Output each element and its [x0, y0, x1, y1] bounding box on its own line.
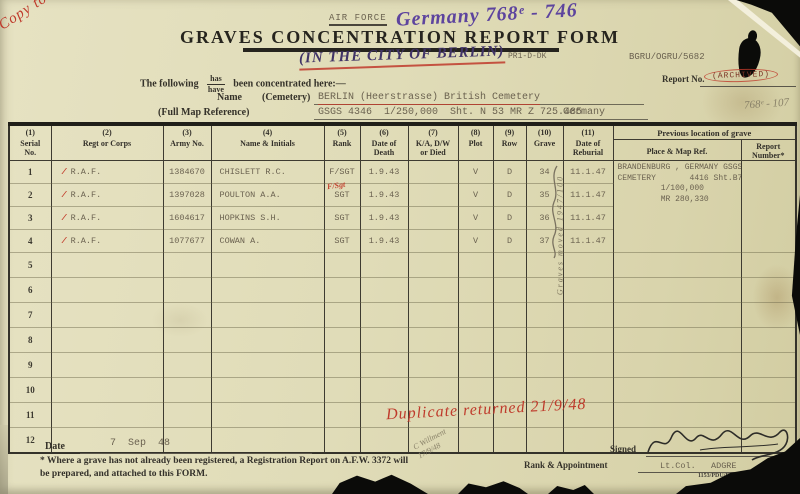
cell-rank: SGT	[324, 207, 360, 230]
regt-text: R.A.F.	[71, 190, 102, 200]
torn-edge-bottom	[332, 474, 428, 494]
cell-name	[211, 278, 324, 303]
cell-name	[211, 253, 324, 278]
col-header-previous-location: Previous location of grave	[613, 124, 796, 140]
cell-row	[493, 253, 526, 278]
cell-place-map-ref	[613, 353, 741, 378]
cell-plot	[458, 328, 493, 353]
date-label: Date	[45, 441, 65, 452]
cell-reburial	[563, 303, 613, 328]
col-header-date-of-reburial: (11)Date of Reburial	[563, 124, 613, 161]
place-map-ref-line: MR 280,330	[618, 195, 741, 205]
cell-army	[163, 403, 211, 428]
map-reference-country: Germany	[563, 107, 605, 118]
regt-text: R.A.F.	[71, 167, 102, 177]
cell-regt: /R.A.F.	[51, 161, 163, 184]
cell-army: 1384670	[163, 161, 211, 184]
cell-regt	[51, 403, 163, 428]
cell-rank	[324, 328, 360, 353]
cell-rank	[324, 428, 360, 454]
cell-kadw	[408, 253, 458, 278]
cell-plot	[458, 303, 493, 328]
cell-place-map-ref	[613, 303, 741, 328]
cell-reburial: 11.1.47	[563, 161, 613, 184]
cell-kadw	[408, 303, 458, 328]
form-title: GRAVES CONCENTRATION REPORT FORM	[0, 27, 800, 48]
cell-army	[163, 328, 211, 353]
cell-name	[211, 328, 324, 353]
cell-rank	[324, 253, 360, 278]
table-row: 10	[9, 378, 796, 403]
cell-army: 1397028	[163, 184, 211, 207]
cell-plot: V	[458, 184, 493, 207]
cell-reburial	[563, 328, 613, 353]
col-header-name: (4)Name & Initials	[211, 124, 324, 161]
paper-edge-shadow	[0, 425, 8, 494]
cell-dod: 1.9.43	[360, 184, 408, 207]
cell-kadw	[408, 207, 458, 230]
map-reference-label: (Full Map Reference)	[158, 107, 249, 118]
cell-serial: 5	[9, 253, 51, 278]
cell-regt	[51, 328, 163, 353]
footnote-line-2: be prepared, and attached to this FORM.	[40, 469, 207, 479]
cell-army	[163, 278, 211, 303]
cell-plot	[458, 428, 493, 454]
cell-row	[493, 278, 526, 303]
cell-reburial: 11.1.47	[563, 230, 613, 253]
map-reference-value: GSGS 4346 1/250,000 Sht. N 53 MR Z 725.4…	[318, 107, 582, 118]
cell-name: COWAN A.	[211, 230, 324, 253]
cell-row: D	[493, 207, 526, 230]
cell-row: D	[493, 184, 526, 207]
cell-reburial: 11.1.47	[563, 184, 613, 207]
red-tick-mark: /	[62, 213, 67, 223]
name-label: Name	[217, 92, 242, 103]
cell-name	[211, 353, 324, 378]
cell-regt: /R.A.F.	[51, 230, 163, 253]
cell-place-map-ref	[613, 378, 741, 403]
table-row: 7	[9, 303, 796, 328]
cell-plot: V	[458, 207, 493, 230]
col-header-date-of-death: (6)Date of Death	[360, 124, 408, 161]
col-header-serial: (1)Serial No.	[9, 124, 51, 161]
cell-kadw	[408, 378, 458, 403]
cell-regt	[51, 278, 163, 303]
red-tick-mark: /	[62, 190, 67, 200]
cell-grave	[526, 428, 563, 454]
red-tick-mark: /	[62, 167, 67, 177]
cell-kadw	[408, 161, 458, 184]
cell-army: 1077677	[163, 230, 211, 253]
cell-serial: 9	[9, 353, 51, 378]
cell-report-number	[741, 378, 796, 403]
cell-place-map-ref	[613, 278, 741, 303]
cell-plot: V	[458, 161, 493, 184]
cemetery-value: BERLIN (Heerstrasse) British Cemetery	[318, 92, 540, 105]
cell-row	[493, 328, 526, 353]
cell-reburial	[563, 253, 613, 278]
cell-regt	[51, 303, 163, 328]
cell-row	[493, 353, 526, 378]
cell-place-map-ref	[613, 253, 741, 278]
col-header-row: (9)Row	[493, 124, 526, 161]
date-rule-line	[80, 453, 312, 454]
date-value: 7 Sep 48	[110, 438, 170, 449]
col-header-report-number: Report Number*	[741, 140, 796, 161]
cell-report-number	[741, 278, 796, 303]
cell-regt	[51, 353, 163, 378]
rank-appointment-label: Rank & Appointment	[524, 460, 608, 470]
cell-name	[211, 378, 324, 403]
cell-serial: 6	[9, 278, 51, 303]
cell-regt: /R.A.F.	[51, 207, 163, 230]
reference-code: BGRU/OGRU/5682	[629, 52, 705, 62]
has-word: has	[207, 74, 225, 85]
regt-text: R.A.F.	[71, 236, 102, 246]
cell-rank	[324, 403, 360, 428]
cell-name	[211, 403, 324, 428]
cell-army	[163, 303, 211, 328]
report-no-line	[700, 86, 796, 87]
cell-report-number	[741, 353, 796, 378]
archived-stamp: (ARCHIVED)	[704, 68, 778, 84]
cell-reburial: 11.1.47	[563, 207, 613, 230]
cell-row: D	[493, 161, 526, 184]
cell-dod: 1.9.43	[360, 230, 408, 253]
cell-dod	[360, 378, 408, 403]
cell-army	[163, 253, 211, 278]
cell-dod	[360, 303, 408, 328]
cell-plot	[458, 353, 493, 378]
table-row: 5	[9, 253, 796, 278]
cell-dod	[360, 353, 408, 378]
table-row: 8	[9, 328, 796, 353]
cell-reburial	[563, 428, 613, 454]
cell-grave	[526, 303, 563, 328]
report-no-label: Report No.	[662, 74, 705, 84]
place-map-ref-line: 1/100,000	[618, 184, 741, 194]
cell-row	[493, 303, 526, 328]
cell-serial: 7	[9, 303, 51, 328]
cell-serial: 11	[9, 403, 51, 428]
torn-edge-bottom	[548, 484, 594, 494]
place-map-ref-line: CEMETERY 4416 Sht.B7	[618, 174, 741, 184]
cell-place-map-ref	[613, 328, 741, 353]
air-force-label: AIR FORCE	[329, 13, 387, 26]
col-header-rank: (5)Rank	[324, 124, 360, 161]
map-reference-rule-line	[314, 119, 648, 120]
cell-serial: 4	[9, 230, 51, 253]
cell-plot	[458, 278, 493, 303]
cell-name	[211, 428, 324, 454]
col-header-army-no: (3)Army No.	[163, 124, 211, 161]
cell-kadw	[408, 184, 458, 207]
following-label: The following	[140, 78, 199, 89]
cell-report-number	[741, 303, 796, 328]
cell-army	[163, 428, 211, 454]
cell-report-number	[741, 328, 796, 353]
table-header: (1)Serial No. (2)Regt or Corps (3)Army N…	[9, 124, 796, 161]
cell-kadw	[408, 278, 458, 303]
cell-dod: 1.9.43	[360, 161, 408, 184]
table-row: 1/R.A.F.1384670CHISLETT R.C.F/SGT1.9.43V…	[9, 161, 796, 184]
cell-grave	[526, 353, 563, 378]
col-header-place-map-ref: Place & Map Ref.	[613, 140, 741, 161]
cell-name: CHISLETT R.C.	[211, 161, 324, 184]
col-header-ka-dw: (7)K/A, D/W or Died	[408, 124, 458, 161]
cell-row	[493, 428, 526, 454]
pencil-number-annotation: 768ᵉ - 107	[744, 96, 790, 111]
cell-reburial	[563, 353, 613, 378]
cell-army: 1604617	[163, 207, 211, 230]
cell-regt	[51, 378, 163, 403]
cell-place-map-ref: BRANDENBURG , GERMANY GSGSCEMETERY 4416 …	[613, 161, 741, 253]
col-header-regt: (2)Regt or Corps	[51, 124, 163, 161]
cell-plot	[458, 253, 493, 278]
cell-grave	[526, 328, 563, 353]
table-row: 6	[9, 278, 796, 303]
cell-serial: 2	[9, 184, 51, 207]
table-row: 9	[9, 353, 796, 378]
cell-rank	[324, 303, 360, 328]
cell-regt	[51, 253, 163, 278]
cell-army	[163, 378, 211, 403]
signed-label: Signed	[610, 444, 636, 454]
cell-serial: 1	[9, 161, 51, 184]
cell-rank: SGT	[324, 230, 360, 253]
cell-dod: 1.9.43	[360, 207, 408, 230]
cell-name: HOPKINS S.H.	[211, 207, 324, 230]
concentrated-label: been concentrated here:—	[233, 78, 346, 89]
cell-reburial	[563, 278, 613, 303]
cell-rank	[324, 378, 360, 403]
cell-plot	[458, 378, 493, 403]
cell-rank	[324, 353, 360, 378]
cell-row: D	[493, 230, 526, 253]
following-line: The following has have been concentrated…	[140, 74, 346, 94]
cell-name: POULTON A.A.	[211, 184, 324, 207]
cell-name	[211, 303, 324, 328]
scanned-graves-concentration-form: Copy to A.M Germany 768ᵉ - 746 AIR FORCE…	[0, 0, 800, 494]
rank-appointment-value: Lt.Col. ADGRE	[660, 461, 737, 471]
cell-serial: 10	[9, 378, 51, 403]
footnote-line-1: * Where a grave has not already been reg…	[40, 456, 408, 466]
cell-report-number	[741, 253, 796, 278]
has-have-stack: has have	[207, 74, 225, 94]
cell-dod	[360, 428, 408, 454]
cell-kadw	[408, 328, 458, 353]
cell-dod	[360, 253, 408, 278]
cell-dod	[360, 278, 408, 303]
torn-edge-bottom	[458, 479, 528, 494]
vertical-pencil-note: Graves moved 1947/100	[556, 175, 565, 295]
regt-text: R.A.F.	[71, 213, 102, 223]
red-tick-mark: /	[62, 236, 67, 246]
cell-report-number	[741, 161, 796, 253]
col-header-grave: (10)Grave	[526, 124, 563, 161]
cell-rank	[324, 278, 360, 303]
type-code: PR1-D-DK	[508, 52, 546, 61]
cell-kadw	[408, 230, 458, 253]
cell-serial: 8	[9, 328, 51, 353]
cell-serial: 3	[9, 207, 51, 230]
cell-regt: /R.A.F.	[51, 184, 163, 207]
cell-kadw	[408, 353, 458, 378]
cemetery-label: (Cemetery)	[262, 92, 310, 103]
place-map-ref-line: BRANDENBURG , GERMANY GSGS	[618, 163, 741, 173]
col-header-plot: (8)Plot	[458, 124, 493, 161]
cell-plot: V	[458, 230, 493, 253]
cell-dod	[360, 328, 408, 353]
cell-army	[163, 353, 211, 378]
